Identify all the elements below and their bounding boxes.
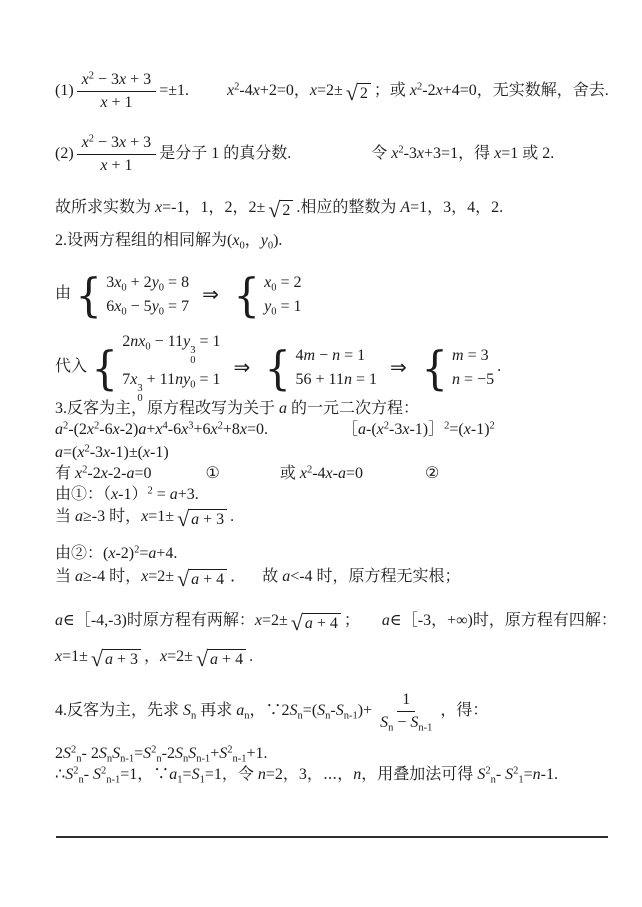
cases-group: {4m − n = 156 + 11n = 1 bbox=[263, 345, 377, 390]
variable: x bbox=[377, 421, 384, 438]
implies-arrow: ⇒ bbox=[233, 355, 250, 379]
variable: S bbox=[93, 766, 101, 783]
text-run: -2) bbox=[115, 545, 134, 562]
text-run: =1± bbox=[62, 648, 88, 665]
text-run: ， bbox=[245, 232, 261, 249]
variable: n bbox=[258, 766, 266, 783]
variable: n bbox=[175, 371, 183, 388]
math-line: 3.反客为主，原方程改写为关于 a 的一元二次方程： bbox=[55, 398, 419, 419]
numerator: x2 − 3x + 3 bbox=[77, 133, 157, 155]
text-run: 当 bbox=[55, 508, 75, 525]
case-row: n = −5 bbox=[452, 369, 494, 390]
radical-sign: √ bbox=[346, 83, 357, 102]
variable: x bbox=[300, 465, 307, 482]
subscript: n-1 bbox=[344, 711, 358, 722]
variable: a bbox=[170, 486, 178, 503]
text-run: =1，∵ bbox=[120, 766, 169, 783]
text-run: -(2 bbox=[68, 421, 87, 438]
radical: √a + 4 bbox=[291, 613, 341, 633]
variable: m bbox=[452, 347, 464, 364]
math-line: 2.设两方程组的相同解为(x0，y0). bbox=[55, 230, 282, 251]
variable: a bbox=[279, 400, 287, 417]
variable: a bbox=[358, 421, 366, 438]
text-run: -1) bbox=[471, 421, 490, 438]
text-run: -1)］ bbox=[409, 421, 444, 438]
radicand: a + 3 bbox=[188, 509, 227, 529]
variable: x bbox=[130, 371, 137, 388]
text-run: 故所求实数为 bbox=[55, 199, 155, 216]
math-line: 由②：(x-2)2=a+4. bbox=[55, 543, 177, 564]
variable: a bbox=[191, 571, 199, 588]
variable: x bbox=[410, 82, 417, 99]
text-run: ，用叠加法可得 bbox=[361, 766, 477, 783]
radical-sign: √ bbox=[177, 569, 188, 588]
text-run: − 3 bbox=[94, 134, 119, 151]
variable: y bbox=[152, 274, 159, 291]
text-run: = 2 bbox=[276, 274, 301, 291]
implies-arrow: ⇒ bbox=[390, 355, 407, 379]
text-run: -2 bbox=[162, 745, 175, 762]
text-run: 是分子 1 的真分数. bbox=[159, 145, 291, 162]
variable: a bbox=[210, 651, 218, 668]
text-run: .相应的整数为 bbox=[296, 199, 400, 216]
math-line: 当 a≥-3 时，x=1±√a + 3. bbox=[55, 506, 234, 529]
variable: x bbox=[326, 465, 333, 482]
cases-group: {2nx0 − 11y30 = 17x30 + 11ny0 = 1 bbox=[90, 331, 220, 404]
text-run: =2± bbox=[148, 568, 174, 585]
cases-group: {x0 = 2y0 = 1 bbox=[232, 272, 302, 317]
text-run: + 2 bbox=[127, 274, 152, 291]
text-run: =1，3，4，2. bbox=[410, 199, 503, 216]
text-run: = 1 bbox=[195, 333, 220, 350]
text-run: 有 bbox=[55, 465, 75, 482]
variable: x bbox=[113, 421, 120, 438]
case-row: 6x0 − 5y0 = 7 bbox=[106, 296, 189, 317]
variable: a bbox=[338, 465, 346, 482]
text-run: ∴ bbox=[55, 766, 65, 783]
text-run: + 1 bbox=[107, 94, 132, 111]
variable: S bbox=[505, 766, 513, 783]
math-line: a=(x2-3x-1)±(x-1) bbox=[55, 442, 169, 463]
text-run: -1) bbox=[150, 444, 169, 461]
case-row: 2nx0 − 11y30 = 1 bbox=[122, 331, 220, 366]
variable: A bbox=[400, 199, 410, 216]
text-run: ． bbox=[230, 568, 246, 585]
text-run: =0 bbox=[134, 465, 151, 482]
text-run: ，得： bbox=[440, 702, 488, 719]
text-run: 2.设两方程组的相同解为( bbox=[55, 232, 232, 249]
text-run: + 3 bbox=[126, 71, 151, 88]
left-brace: { bbox=[421, 348, 447, 388]
text-run: 令 bbox=[371, 145, 391, 162]
text-run: )+ bbox=[358, 702, 372, 719]
math-line: a2-(2x2-6x-2)a+x4-6x3+6x2+8x=0.［a-(x2-3x… bbox=[55, 419, 495, 440]
text-run: = 1 bbox=[352, 371, 377, 388]
variable: a bbox=[55, 421, 63, 438]
text-run: 的一元二次方程： bbox=[287, 400, 419, 417]
variable: m bbox=[304, 347, 316, 364]
text-run: ① bbox=[206, 465, 220, 482]
math-line: 由{3x0 + 2y0 = 86x0 − 5y0 = 7⇒{x0 = 2y0 =… bbox=[55, 272, 305, 317]
text-run: +4. bbox=[156, 545, 177, 562]
radicand: a + 4 bbox=[302, 613, 341, 633]
radical: √a + 3 bbox=[91, 649, 141, 669]
variable: S bbox=[336, 702, 344, 719]
variable: y bbox=[261, 232, 268, 249]
subscript: n-1 bbox=[196, 754, 210, 765]
text-run: . bbox=[249, 648, 253, 665]
math-line: a∈［-4,-3)时原方程有两解：x=2±√a + 4；a∈［-3，+∞)时，原… bbox=[55, 610, 617, 633]
variable: a bbox=[75, 568, 83, 585]
text-run: -1. bbox=[541, 766, 558, 783]
text-run: -2) bbox=[120, 421, 139, 438]
text-run: + bbox=[210, 745, 219, 762]
text-run: -2 bbox=[87, 465, 100, 482]
case-row: x0 = 2 bbox=[264, 272, 301, 293]
variable: x bbox=[155, 421, 162, 438]
radicand: a + 4 bbox=[188, 569, 227, 589]
text-run: 代入 bbox=[55, 358, 87, 375]
text-run: =( bbox=[63, 444, 77, 461]
text-run: 4.反客为主，先求 bbox=[55, 702, 183, 719]
text-run: - bbox=[84, 766, 93, 783]
math-line: 2S2n- 2SnSn-1=S2n-2SnSn-1+S2n-1+1. bbox=[55, 743, 268, 764]
case-row: y0 = 1 bbox=[264, 296, 301, 317]
variable: S bbox=[175, 745, 183, 762]
subscript: n-1 bbox=[232, 754, 246, 765]
text-run: = bbox=[153, 486, 170, 503]
cases-rows: x0 = 2y0 = 1 bbox=[264, 272, 301, 317]
text-run: ∈［-4,-3)时原方程有两解： bbox=[63, 612, 255, 629]
text-run: - bbox=[496, 766, 505, 783]
text-run: 56 + 11 bbox=[296, 371, 344, 388]
case-row: 4m − n = 1 bbox=[296, 345, 377, 366]
text-run: ［ bbox=[342, 421, 358, 438]
text-run: + 3 bbox=[199, 511, 224, 528]
variable: S bbox=[192, 766, 200, 783]
text-run: 由①：（ bbox=[55, 486, 111, 503]
text-run: =2，3，⋯， bbox=[266, 766, 353, 783]
text-run: 2 bbox=[282, 202, 290, 219]
variable: x bbox=[101, 465, 108, 482]
text-run: 故 bbox=[262, 568, 282, 585]
text-run: + 4 bbox=[199, 571, 224, 588]
variable: y bbox=[183, 333, 190, 350]
variable: x bbox=[87, 421, 94, 438]
variable: x bbox=[417, 145, 424, 162]
text-run: ，∵2 bbox=[250, 702, 290, 719]
fraction: x2 − 3x + 3x + 1 bbox=[77, 133, 157, 176]
text-run: 4 bbox=[296, 347, 304, 364]
cases-rows: m = 3n = −5 bbox=[452, 345, 494, 390]
text-run: ≥-3 时， bbox=[83, 508, 141, 525]
text-run: + 3 bbox=[113, 651, 138, 668]
text-run: + 1 bbox=[107, 157, 132, 174]
radical: √a + 3 bbox=[177, 509, 227, 529]
case-row: m = 3 bbox=[452, 345, 494, 366]
text-run: = bbox=[134, 745, 143, 762]
math-line: 4.反客为主，先求 Sn 再求 an，∵2Sn=(Sn-Sn-1)+1Sn − … bbox=[55, 690, 488, 733]
radical: √a + 4 bbox=[196, 649, 246, 669]
text-run: +1. bbox=[246, 745, 267, 762]
text-run: (1) bbox=[55, 82, 74, 99]
variable: S bbox=[317, 702, 325, 719]
variable: a bbox=[75, 508, 83, 525]
text-run: =0. bbox=[247, 421, 268, 438]
variable: S bbox=[143, 745, 151, 762]
math-line: 故所求实数为 x=-1，1，2，2±√2.相应的整数为 A=1，3，4，2. bbox=[55, 197, 503, 220]
fraction: 1Sn − Sn-1 bbox=[375, 690, 437, 733]
fraction: x2 − 3x + 3x + 1 bbox=[77, 70, 157, 113]
variable: S bbox=[99, 745, 107, 762]
math-line: x=1±√a + 3，x=2±√a + 4. bbox=[55, 646, 253, 669]
text-run: + 11 bbox=[143, 371, 175, 388]
variable: n bbox=[452, 371, 460, 388]
text-run: -4 bbox=[239, 82, 252, 99]
variable: S bbox=[380, 714, 388, 731]
variable: x bbox=[143, 444, 150, 461]
variable: y bbox=[152, 298, 159, 315]
variable: S bbox=[63, 745, 71, 762]
variable: a bbox=[55, 612, 63, 629]
implies-arrow: ⇒ bbox=[202, 282, 219, 306]
cases-group: {m = 3n = −5 bbox=[420, 345, 494, 390]
text-run: +6 bbox=[193, 421, 210, 438]
text-run: 由②：( bbox=[55, 545, 108, 562]
denominator: x + 1 bbox=[95, 92, 137, 113]
denominator: x + 1 bbox=[95, 155, 137, 176]
text-run: 2 bbox=[360, 85, 368, 102]
radical-sign: √ bbox=[268, 200, 279, 219]
math-line: (2)x2 − 3x + 3x + 1是分子 1 的真分数.令 x2-3x+3=… bbox=[55, 133, 554, 176]
subscript: n-1 bbox=[106, 775, 120, 786]
text-run: 3.反客为主，原方程改写为关于 bbox=[55, 400, 279, 417]
variable: x bbox=[464, 421, 471, 438]
text-run: 当 bbox=[55, 568, 75, 585]
text-run: ； bbox=[344, 612, 360, 629]
cases-group: {3x0 + 2y0 = 86x0 − 5y0 = 7 bbox=[74, 272, 189, 317]
left-brace: { bbox=[75, 275, 101, 315]
cases-rows: 3x0 + 2y0 = 86x0 − 5y0 = 7 bbox=[106, 272, 189, 317]
radicand: a + 4 bbox=[207, 649, 246, 669]
text-run: = bbox=[183, 766, 192, 783]
text-run: . bbox=[497, 358, 501, 375]
denominator: Sn − Sn-1 bbox=[375, 712, 437, 733]
variable: S bbox=[183, 702, 191, 719]
variable: x bbox=[240, 421, 247, 438]
variable: a bbox=[191, 511, 199, 528]
text-run: 2 bbox=[55, 745, 63, 762]
text-run: =2± bbox=[262, 612, 288, 629]
text-run: = 3 bbox=[464, 347, 489, 364]
text-run: . bbox=[230, 508, 234, 525]
variable: a bbox=[282, 568, 290, 585]
left-brace: { bbox=[265, 348, 291, 388]
text-run: -3 bbox=[90, 444, 103, 461]
variable: x bbox=[210, 421, 217, 438]
text-run: = bbox=[524, 766, 533, 783]
text-run: ). bbox=[273, 232, 282, 249]
text-run: + 4 bbox=[218, 651, 243, 668]
radical-sign: √ bbox=[196, 649, 207, 668]
radical: √2 bbox=[346, 83, 371, 103]
radical: √2 bbox=[268, 200, 293, 220]
text-run: − 3 bbox=[94, 71, 119, 88]
text-run: =1 或 2. bbox=[501, 145, 554, 162]
text-run: +2=0， bbox=[260, 82, 310, 99]
text-run: ② bbox=[425, 465, 439, 482]
text-run: 或 bbox=[280, 465, 300, 482]
text-run: - 2 bbox=[82, 745, 99, 762]
text-run: =-1，1，2，2± bbox=[162, 199, 265, 216]
text-run: = 1 bbox=[340, 347, 365, 364]
text-run: 1 bbox=[402, 691, 410, 708]
text-run: ∈［-3，+∞)时，原方程有四解： bbox=[390, 612, 617, 629]
text-run: ， bbox=[144, 648, 160, 665]
radical-sign: √ bbox=[291, 613, 302, 632]
text-run: =0 bbox=[346, 465, 363, 482]
text-run: -( bbox=[366, 421, 377, 438]
variable: n bbox=[533, 766, 541, 783]
subscript: n-1 bbox=[418, 723, 432, 734]
text-run: +3=1，得 bbox=[424, 145, 494, 162]
text-run: -3 bbox=[389, 421, 402, 438]
text-run: =2± bbox=[317, 82, 343, 99]
text-run: = −5 bbox=[460, 371, 494, 388]
numerator: x2 − 3x + 3 bbox=[77, 70, 157, 92]
case-row: 56 + 11n = 1 bbox=[296, 369, 377, 390]
text-run: − 11 bbox=[151, 333, 183, 350]
variable: x bbox=[436, 82, 443, 99]
text-run: + 4 bbox=[313, 615, 338, 632]
radical: √a + 4 bbox=[177, 569, 227, 589]
text-run: -2- bbox=[108, 465, 127, 482]
cases-rows: 2nx0 − 11y30 = 17x30 + 11ny0 = 1 bbox=[122, 331, 220, 404]
text-run: 再求 bbox=[196, 702, 236, 719]
radical-sign: √ bbox=[91, 649, 102, 668]
variable: x bbox=[82, 134, 89, 151]
variable: n bbox=[344, 371, 352, 388]
text-run: = 8 bbox=[164, 274, 189, 291]
text-run: ；或 bbox=[374, 82, 410, 99]
text-run: -2 bbox=[422, 82, 435, 99]
variable: n bbox=[332, 347, 340, 364]
text-run: -4 bbox=[312, 465, 325, 482]
text-run: (2) bbox=[55, 145, 74, 162]
text-run: -6 bbox=[168, 421, 181, 438]
text-run: +8 bbox=[223, 421, 240, 438]
text-run: = 1 bbox=[195, 371, 220, 388]
cases-rows: 4m − n = 156 + 11n = 1 bbox=[296, 345, 377, 390]
text-run: -6 bbox=[99, 421, 112, 438]
text-run: =( bbox=[303, 702, 317, 719]
text-run: − 5 bbox=[127, 298, 152, 315]
text-run: = 1 bbox=[276, 298, 301, 315]
text-run: − bbox=[315, 347, 332, 364]
text-run: =1，令 bbox=[205, 766, 258, 783]
variable: S bbox=[188, 745, 196, 762]
variable: x bbox=[253, 82, 260, 99]
text-run: -1)±( bbox=[110, 444, 143, 461]
text-run: = 7 bbox=[164, 298, 189, 315]
variable: x bbox=[310, 82, 317, 99]
math-line: 当 a≥-4 时，x=2±√a + 4．故 a<-4 时，原方程无实根； bbox=[55, 566, 461, 589]
text-run: ≥-4 时， bbox=[83, 568, 141, 585]
math-line: 由①：（x-1）2 = a+3. bbox=[55, 484, 199, 505]
text-run: <-4 时，原方程无实根； bbox=[290, 568, 460, 585]
math-line: ∴S2n- S2n-1=1，∵a1=S1=1，令 n=2，3，⋯，n，用叠加法可… bbox=[55, 764, 558, 785]
left-brace: { bbox=[233, 275, 259, 315]
math-line: (1)x2 − 3x + 3x + 1=±1.x2-4x+2=0，x=2±√2；… bbox=[55, 70, 609, 113]
subscript: 0 bbox=[190, 356, 195, 366]
numerator: 1 bbox=[397, 690, 415, 712]
variable: a bbox=[382, 612, 390, 629]
text-run: 由 bbox=[55, 285, 71, 302]
text-run: =±1. bbox=[159, 82, 189, 99]
variable: S bbox=[65, 766, 73, 783]
math-line: 代入{2nx0 − 11y30 = 17x30 + 11ny0 = 1⇒{4m … bbox=[55, 331, 501, 404]
radicand: 2 bbox=[357, 83, 371, 103]
text-run: − bbox=[393, 714, 410, 731]
variable: a bbox=[55, 444, 63, 461]
left-brace: { bbox=[91, 348, 117, 388]
radicand: a + 3 bbox=[102, 649, 141, 669]
math-line: 有 x2-2x-2-a=0①或 x2-4x-a=0② bbox=[55, 463, 439, 484]
variable: a bbox=[105, 651, 113, 668]
variable: S bbox=[290, 702, 298, 719]
text-run: -3 bbox=[404, 145, 417, 162]
variable: x bbox=[82, 71, 89, 88]
text-run: =2± bbox=[167, 648, 193, 665]
footer-rule bbox=[56, 836, 608, 838]
text-run: =( bbox=[449, 421, 463, 438]
text-run: =1± bbox=[148, 508, 174, 525]
variable: x bbox=[255, 612, 262, 629]
variable: S bbox=[112, 745, 120, 762]
subscript: n-1 bbox=[120, 754, 134, 765]
text-run: +4=0，无实数解，舍去. bbox=[443, 82, 609, 99]
variable: a bbox=[305, 615, 313, 632]
radical-sign: √ bbox=[177, 509, 188, 528]
document-page: (1)x2 − 3x + 3x + 1=±1.x2-4x+2=0，x=2±√2；… bbox=[0, 0, 642, 907]
case-row: 3x0 + 2y0 = 8 bbox=[106, 272, 189, 293]
text-run: +3. bbox=[178, 486, 199, 503]
radicand: 2 bbox=[279, 200, 293, 220]
text-run: -1） bbox=[118, 486, 147, 503]
text-run: + 3 bbox=[126, 134, 151, 151]
superscript: 2 bbox=[490, 421, 495, 432]
